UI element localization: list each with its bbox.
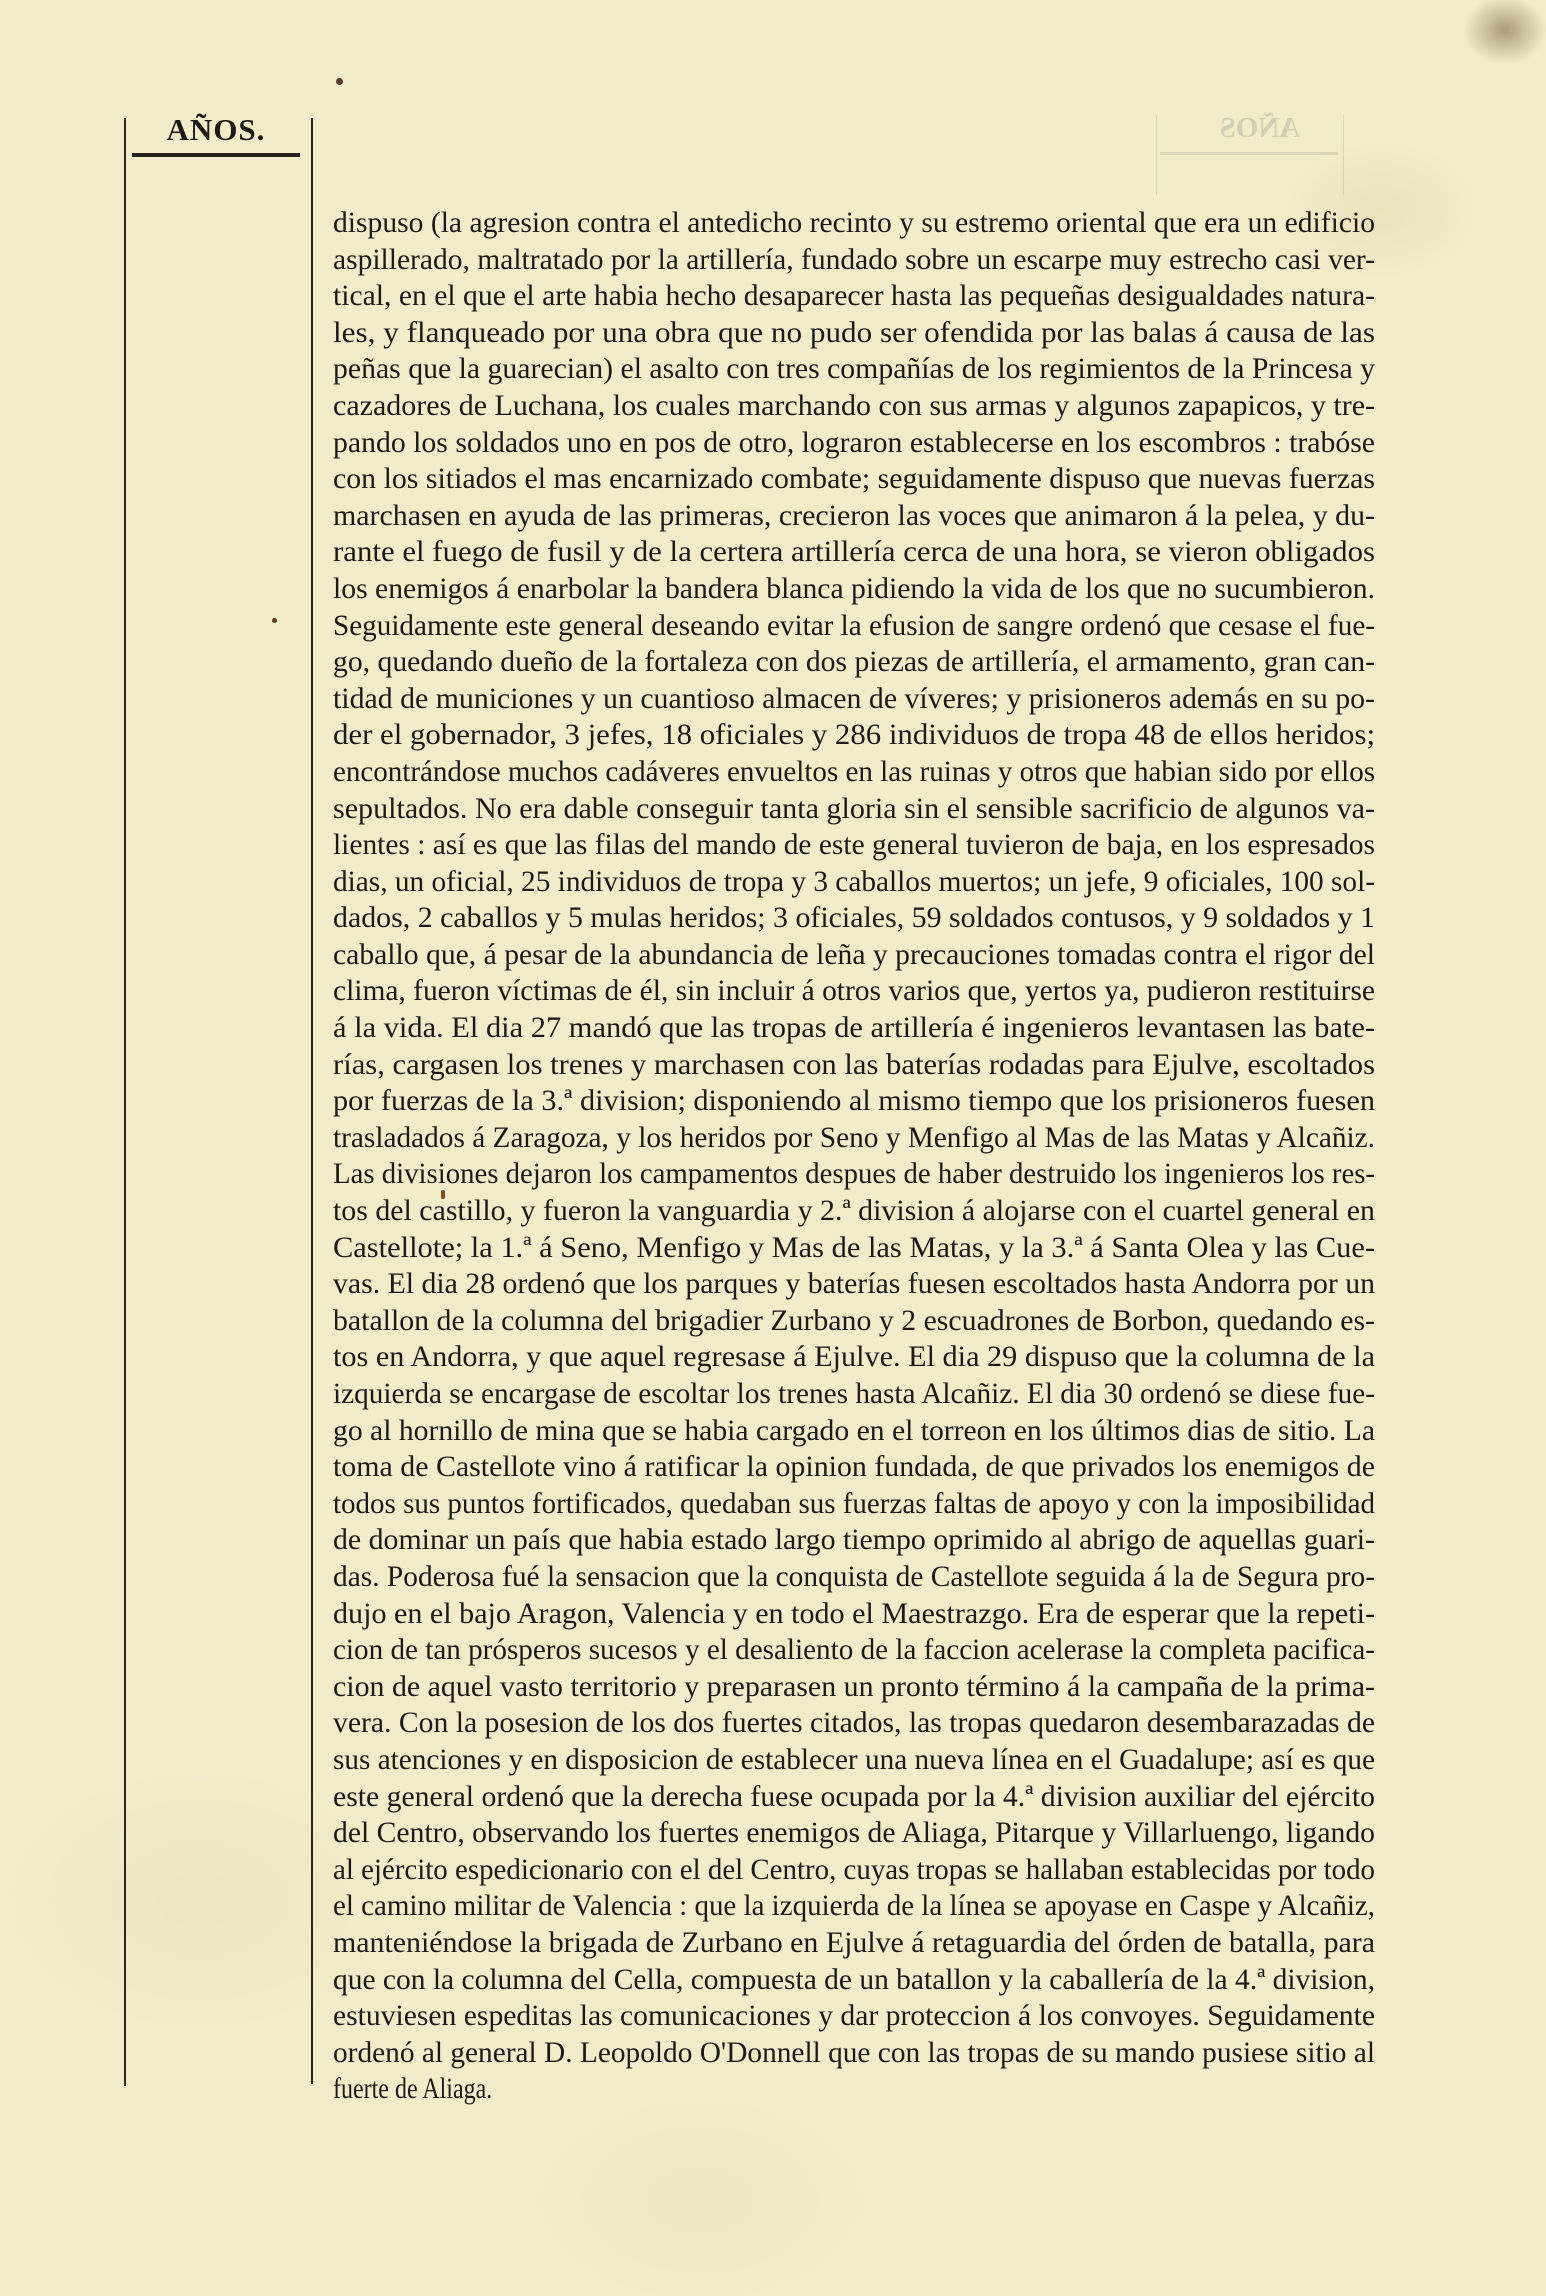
text-line: manteniéndose la brigada de Zurbano en E… <box>333 1925 1375 1962</box>
text-line: con los sitiados el mas encarnizado comb… <box>333 461 1375 498</box>
text-line: rante el fuego de fusil y de la certera … <box>333 534 1375 571</box>
text-line-content: los enemigos á enarbolar la bandera blan… <box>333 571 1375 608</box>
text-line: les, y flanqueado por una obra que no pu… <box>333 315 1375 352</box>
text-line-content: por fuerzas de la 3.ª division; disponie… <box>333 1083 1375 1120</box>
text-line-content: del Centro, observando los fuertes enemi… <box>333 1815 1375 1852</box>
bleed-through-rule-left <box>1156 115 1157 195</box>
margin-header-underline <box>132 153 300 157</box>
text-line: al ejército espedicionario con el del Ce… <box>333 1852 1375 1889</box>
text-line: Las divisiones dejaron los campamentos d… <box>333 1156 1375 1193</box>
text-line: sus atenciones y en disposicion de estab… <box>333 1742 1375 1779</box>
text-line-content: con los sitiados el mas encarnizado comb… <box>333 461 1375 498</box>
text-line: marchasen en ayuda de las primeras, crec… <box>333 498 1375 535</box>
text-line-content: vera. Con la posesion de los dos fuertes… <box>333 1705 1375 1742</box>
text-line: aspillerado, maltratado por la artillerí… <box>333 242 1375 279</box>
text-line-content: lientes : así es que las filas del mando… <box>333 827 1375 864</box>
text-line: tos en Andorra, y que aquel regresase á … <box>333 1339 1375 1376</box>
text-line-content: todos sus puntos fortificados, quedaban … <box>333 1486 1375 1523</box>
text-line: cion de aquel vasto territorio y prepara… <box>333 1669 1375 1706</box>
text-line-content: dispuso (la agresion contra el antedicho… <box>333 205 1375 242</box>
text-line-content: el camino militar de Valencia : que la i… <box>333 1888 1375 1925</box>
text-line: sepultados. No era dable conseguir tanta… <box>333 791 1375 828</box>
text-line-content: Castellote; la 1.ª á Seno, Menfigo y Mas… <box>333 1230 1375 1267</box>
text-line-content: tos en Andorra, y que aquel regresase á … <box>333 1339 1375 1376</box>
text-line: este general ordenó que la derecha fuese… <box>333 1779 1375 1816</box>
text-line-content: dados, 2 caballos y 5 mulas heridos; 3 o… <box>333 900 1375 937</box>
book-page: AÑOS. AÑOS dispuso (la agresion contra e… <box>0 0 1546 2296</box>
text-line-content: toma de Castellote vino á ratificar la o… <box>333 1449 1375 1486</box>
text-line-content: sepultados. No era dable conseguir tanta… <box>333 791 1375 828</box>
text-line-content: dias, un oficial, 25 individuos de tropa… <box>333 864 1375 901</box>
text-line: Seguidamente este general deseando evita… <box>333 608 1375 645</box>
bleed-through-header: AÑOS <box>1205 112 1315 145</box>
text-line: los enemigos á enarbolar la bandera blan… <box>333 571 1375 608</box>
text-line-content: das. Poderosa fué la sensacion que la co… <box>333 1559 1375 1596</box>
text-line: caballo que, á pesar de la abundancia de… <box>333 937 1375 974</box>
body-text-column: dispuso (la agresion contra el antedicho… <box>333 205 1375 2108</box>
ink-speck <box>272 618 277 623</box>
bleed-through-underline <box>1160 152 1338 155</box>
text-line: pando los soldados uno en pos de otro, l… <box>333 425 1375 462</box>
bleed-through-rule-right <box>1343 115 1344 195</box>
text-line: dias, un oficial, 25 individuos de tropa… <box>333 864 1375 901</box>
text-line: peñas que la guarecian) el asalto con tr… <box>333 351 1375 388</box>
text-line: estuviesen espeditas las comunicaciones … <box>333 1998 1375 2035</box>
text-line: ordenó al general D. Leopoldo O'Donnell … <box>333 2035 1375 2072</box>
text-line-content: tical, en el que el arte habia hecho des… <box>333 278 1375 315</box>
text-line-content: manteniéndose la brigada de Zurbano en E… <box>333 1925 1375 1962</box>
text-line: das. Poderosa fué la sensacion que la co… <box>333 1559 1375 1596</box>
text-line: del Centro, observando los fuertes enemi… <box>333 1815 1375 1852</box>
text-line: der el gobernador, 3 jefes, 18 oficiales… <box>333 717 1375 754</box>
text-line-content: vas. El dia 28 ordenó que los parques y … <box>333 1266 1375 1303</box>
text-line: go al hornillo de mina que se habia carg… <box>333 1413 1375 1450</box>
text-line-content: batallon de la columna del brigadier Zur… <box>333 1303 1375 1340</box>
text-line-content: cion de tan prósperos sucesos y el desal… <box>333 1632 1375 1669</box>
text-line: go, quedando dueño de la fortaleza con d… <box>333 644 1375 681</box>
text-line-content: trasladados á Zaragoza, y los heridos po… <box>333 1120 1375 1157</box>
text-line: trasladados á Zaragoza, y los heridos po… <box>333 1120 1375 1157</box>
text-line-content: der el gobernador, 3 jefes, 18 oficiales… <box>333 717 1375 754</box>
text-line-content: cazadores de Luchana, los cuales marchan… <box>333 388 1375 425</box>
text-line-content: rante el fuego de fusil y de la certera … <box>333 534 1375 571</box>
text-line-content: caballo que, á pesar de la abundancia de… <box>333 937 1375 974</box>
text-line-content: dujo en el bajo Aragon, Valencia y en to… <box>333 1596 1375 1633</box>
text-line-content: tos del castillo, y fueron la vanguardia… <box>333 1193 1375 1230</box>
text-line: el camino militar de Valencia : que la i… <box>333 1888 1375 1925</box>
text-line-content: á la vida. El dia 27 mandó que las tropa… <box>333 1010 1375 1047</box>
text-line: dujo en el bajo Aragon, Valencia y en to… <box>333 1596 1375 1633</box>
text-line: izquierda se encargase de escoltar los t… <box>333 1376 1375 1413</box>
text-line: de dominar un país que habia estado larg… <box>333 1522 1375 1559</box>
text-line: á la vida. El dia 27 mandó que las tropa… <box>333 1010 1375 1047</box>
text-line: tical, en el que el arte habia hecho des… <box>333 278 1375 315</box>
text-line-content: fuerte de Aliaga. <box>333 2071 492 2108</box>
text-line: toma de Castellote vino á ratificar la o… <box>333 1449 1375 1486</box>
text-line-content: marchasen en ayuda de las primeras, crec… <box>333 498 1375 535</box>
text-line-content: peñas que la guarecian) el asalto con tr… <box>333 351 1375 388</box>
text-line-content: al ejército espedicionario con el del Ce… <box>333 1852 1375 1889</box>
text-line-content: go, quedando dueño de la fortaleza con d… <box>333 644 1375 681</box>
text-line-content: Seguidamente este general deseando evita… <box>333 608 1375 645</box>
text-line: encontrándose muchos cadáveres envueltos… <box>333 754 1375 791</box>
text-line: Castellote; la 1.ª á Seno, Menfigo y Mas… <box>333 1230 1375 1267</box>
text-line-content: pando los soldados uno en pos de otro, l… <box>333 425 1375 462</box>
text-line-content: rías, cargasen los trenes y marchasen co… <box>333 1047 1375 1084</box>
text-line-content: izquierda se encargase de escoltar los t… <box>333 1376 1375 1413</box>
text-line: dispuso (la agresion contra el antedicho… <box>333 205 1375 242</box>
text-line-content: encontrándose muchos cadáveres envueltos… <box>333 754 1375 791</box>
text-line-content: ordenó al general D. Leopoldo O'Donnell … <box>333 2035 1375 2072</box>
text-line: cazadores de Luchana, los cuales marchan… <box>333 388 1375 425</box>
text-line-content: sus atenciones y en disposicion de estab… <box>333 1742 1375 1779</box>
text-line-content: aspillerado, maltratado por la artillerí… <box>333 242 1375 279</box>
text-line-content: estuviesen espeditas las comunicaciones … <box>333 1998 1375 2035</box>
text-line-content: cion de aquel vasto territorio y prepara… <box>333 1669 1375 1706</box>
text-line: fuerte de Aliaga. <box>333 2071 1375 2108</box>
text-line: vas. El dia 28 ordenó que los parques y … <box>333 1266 1375 1303</box>
text-line: batallon de la columna del brigadier Zur… <box>333 1303 1375 1340</box>
text-line-content: go al hornillo de mina que se habia carg… <box>333 1413 1375 1450</box>
text-line-content: les, y flanqueado por una obra que no pu… <box>333 315 1375 352</box>
text-line-content: que con la columna del Cella, compuesta … <box>333 1962 1375 1999</box>
text-line-content: tidad de municiones y un cuantioso almac… <box>333 681 1375 718</box>
text-line: vera. Con la posesion de los dos fuertes… <box>333 1705 1375 1742</box>
text-line: tidad de municiones y un cuantioso almac… <box>333 681 1375 718</box>
text-line: por fuerzas de la 3.ª division; disponie… <box>333 1083 1375 1120</box>
text-line: lientes : así es que las filas del mando… <box>333 827 1375 864</box>
text-line: cion de tan prósperos sucesos y el desal… <box>333 1632 1375 1669</box>
text-line: dados, 2 caballos y 5 mulas heridos; 3 o… <box>333 900 1375 937</box>
text-line: rías, cargasen los trenes y marchasen co… <box>333 1047 1375 1084</box>
text-line-content: este general ordenó que la derecha fuese… <box>333 1779 1375 1816</box>
column-divider-rule <box>311 118 313 2084</box>
text-line: tos del castillo, y fueron la vanguardia… <box>333 1193 1375 1230</box>
text-line-content: clima, fueron víctimas de él, sin inclui… <box>333 973 1375 1010</box>
text-line-content: de dominar un país que habia estado larg… <box>333 1522 1375 1559</box>
margin-left-rule <box>124 118 126 2086</box>
text-line: todos sus puntos fortificados, quedaban … <box>333 1486 1375 1523</box>
text-line: que con la columna del Cella, compuesta … <box>333 1962 1375 1999</box>
text-line-content: Las divisiones dejaron los campamentos d… <box>333 1156 1375 1193</box>
ink-speck <box>336 78 343 85</box>
text-line: clima, fueron víctimas de él, sin inclui… <box>333 973 1375 1010</box>
margin-column-header: AÑOS. <box>131 112 301 148</box>
